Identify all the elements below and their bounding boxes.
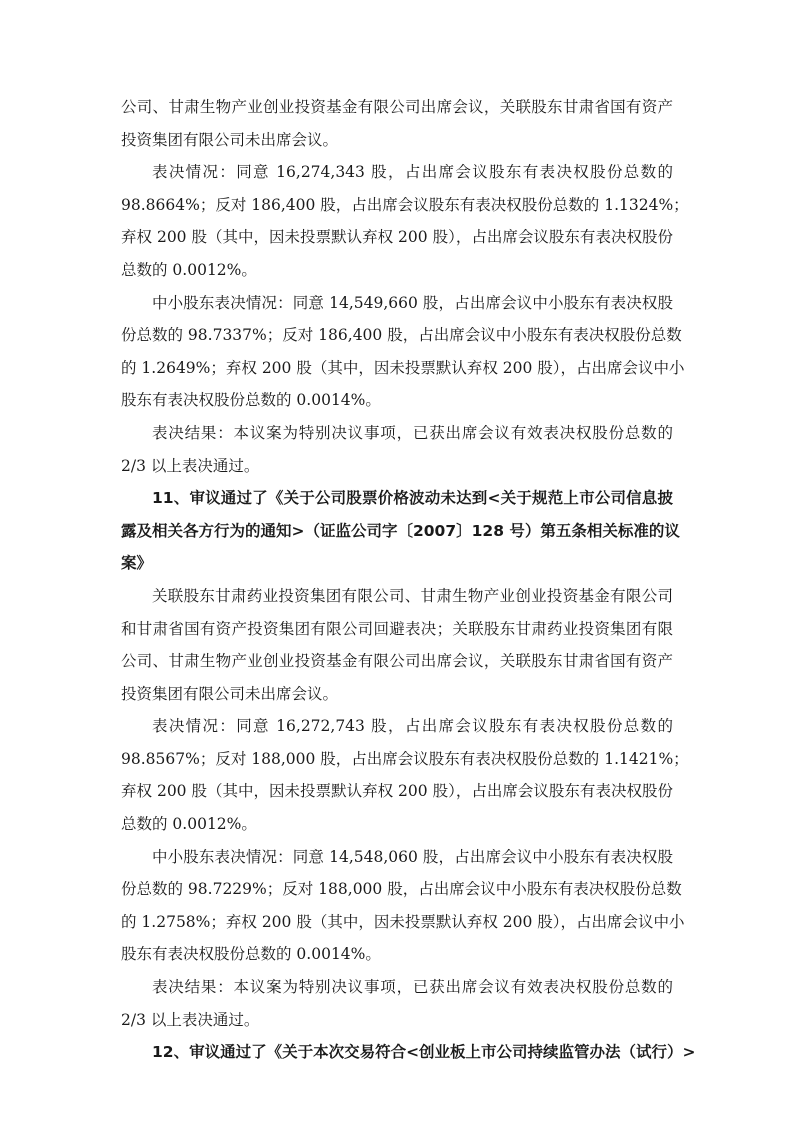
text-line: 表决情况：同意 16,272,743 股，占出席会议股东有表决权股份总数的 — [121, 715, 673, 748]
text-line: 的 1.2758%；弃权 200 股（其中，因未投票默认弃权 200 股），占出… — [121, 911, 673, 944]
paragraph-continuation: 公司、甘肃生物产业创业投资基金有限公司出席会议，关联股东甘肃省国有资产 投资集团… — [121, 96, 673, 161]
text-line: 公司、甘肃生物产业创业投资基金有限公司出席会议，关联股东甘肃省国有资产 — [121, 650, 673, 683]
text-line: 份总数的 98.7337%；反对 186,400 股，占出席会议中小股东有表决权… — [121, 324, 673, 357]
heading-line: 11、审议通过了《关于公司股票价格波动未达到<关于规范上市公司信息披 — [121, 487, 673, 520]
resolution-heading-12: 12、审议通过了《关于本次交易符合<创业板上市公司持续监管办法（试行）> — [121, 1041, 673, 1074]
heading-line: 案》 — [121, 552, 673, 585]
text-line: 中小股东表决情况：同意 14,549,660 股，占出席会议中小股东有表决权股 — [121, 292, 673, 325]
text-line: 和甘肃省国有资产投资集团有限公司回避表决；关联股东甘肃药业投资集团有限 — [121, 618, 673, 651]
text-line: 总数的 0.0012%。 — [121, 259, 673, 292]
text-line: 98.8567%；反对 188,000 股，占出席会议股东有表决权股份总数的 1… — [121, 748, 673, 781]
text-line: 2/3 以上表决通过。 — [121, 1009, 673, 1042]
resolution-heading-11: 11、审议通过了《关于公司股票价格波动未达到<关于规范上市公司信息披 露及相关各… — [121, 487, 673, 585]
text-line: 股东有表决权股份总数的 0.0014%。 — [121, 943, 673, 976]
paragraph-related-shareholders: 关联股东甘肃药业投资集团有限公司、甘肃生物产业创业投资基金有限公司 和甘肃省国有… — [121, 585, 673, 715]
heading-line: 12、审议通过了《关于本次交易符合<创业板上市公司持续监管办法（试行）> — [121, 1041, 673, 1074]
text-line: 总数的 0.0012%。 — [121, 813, 673, 846]
text-line: 投资集团有限公司未出席会议。 — [121, 129, 673, 162]
text-line: 股东有表决权股份总数的 0.0014%。 — [121, 389, 673, 422]
text-line: 98.8664%；反对 186,400 股，占出席会议股东有表决权股份总数的 1… — [121, 194, 673, 227]
paragraph-vote-results: 表决情况：同意 16,272,743 股，占出席会议股东有表决权股份总数的 98… — [121, 715, 673, 845]
text-line: 表决情况：同意 16,274,343 股，占出席会议股东有表决权股份总数的 — [121, 161, 673, 194]
text-line: 弃权 200 股（其中，因未投票默认弃权 200 股），占出席会议股东有表决权股… — [121, 226, 673, 259]
paragraph-vote-results: 表决情况：同意 16,274,343 股，占出席会议股东有表决权股份总数的 98… — [121, 161, 673, 291]
text-line: 中小股东表决情况：同意 14,548,060 股，占出席会议中小股东有表决权股 — [121, 846, 673, 879]
heading-line: 露及相关各方行为的通知>（证监公司字〔2007〕128 号）第五条相关标准的议 — [121, 520, 673, 553]
text-line: 的 1.2649%；弃权 200 股（其中，因未投票默认弃权 200 股），占出… — [121, 357, 673, 390]
text-line: 弃权 200 股（其中，因未投票默认弃权 200 股），占出席会议股东有表决权股… — [121, 780, 673, 813]
text-line: 份总数的 98.7229%；反对 188,000 股，占出席会议中小股东有表决权… — [121, 878, 673, 911]
paragraph-minority-vote-results: 中小股东表决情况：同意 14,549,660 股，占出席会议中小股东有表决权股 … — [121, 292, 673, 422]
text-line: 关联股东甘肃药业投资集团有限公司、甘肃生物产业创业投资基金有限公司 — [121, 585, 673, 618]
paragraph-minority-vote-results: 中小股东表决情况：同意 14,548,060 股，占出席会议中小股东有表决权股 … — [121, 846, 673, 976]
document-page: 公司、甘肃生物产业创业投资基金有限公司出席会议，关联股东甘肃省国有资产 投资集团… — [121, 96, 673, 1074]
text-line: 表决结果：本议案为特别决议事项，已获出席会议有效表决权股份总数的 — [121, 976, 673, 1009]
text-line: 投资集团有限公司未出席会议。 — [121, 683, 673, 716]
paragraph-vote-outcome: 表决结果：本议案为特别决议事项，已获出席会议有效表决权股份总数的 2/3 以上表… — [121, 976, 673, 1041]
text-line: 2/3 以上表决通过。 — [121, 455, 673, 488]
text-line: 表决结果：本议案为特别决议事项，已获出席会议有效表决权股份总数的 — [121, 422, 673, 455]
text-line: 公司、甘肃生物产业创业投资基金有限公司出席会议，关联股东甘肃省国有资产 — [121, 96, 673, 129]
paragraph-vote-outcome: 表决结果：本议案为特别决议事项，已获出席会议有效表决权股份总数的 2/3 以上表… — [121, 422, 673, 487]
